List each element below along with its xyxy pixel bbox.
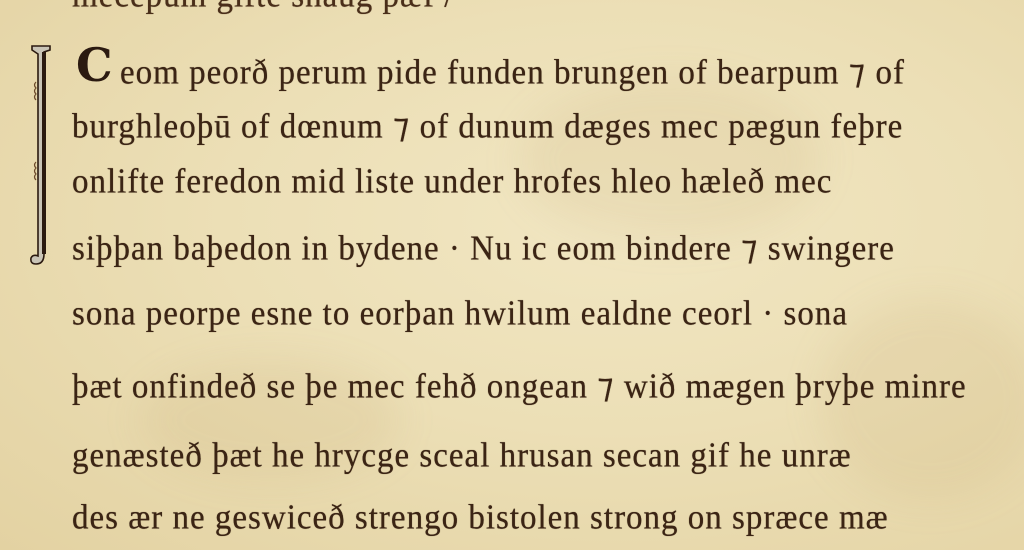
parchment-stain — [520, 80, 820, 240]
manuscript-line-7: genæsteð þæt he hrycge sceal hrusan seca… — [72, 437, 852, 476]
manuscript-line-6: þæt onfindeð se þe mec fehð ongean ⁊ wið… — [72, 365, 967, 407]
manuscript-line-0: mecepum gifte snaug pæf / — [72, 0, 454, 16]
manuscript-line-3: onlifte feredon mid liste under hrofes h… — [72, 163, 832, 202]
manuscript-line-2: burghleoþū of dœnum ⁊ of dunum dæges mec… — [72, 105, 903, 147]
manuscript-line-4: siþþan baþedon in bydene · Nu ic eom bin… — [72, 227, 895, 269]
manuscript-line-8: des ær ne geswiceð strengo bistolen stro… — [72, 499, 889, 538]
initial-c: C — [76, 38, 113, 92]
manuscript-line-5: sona peorpe esne to eorþan hwilum ealdne… — [72, 295, 848, 334]
manuscript-page: C mecepum gifte snaug pæf / eom peorð pe… — [0, 0, 1024, 550]
decorated-initial-i-icon — [30, 42, 52, 267]
manuscript-line-1: eom peorð perum pide funden brungen of b… — [120, 51, 905, 93]
